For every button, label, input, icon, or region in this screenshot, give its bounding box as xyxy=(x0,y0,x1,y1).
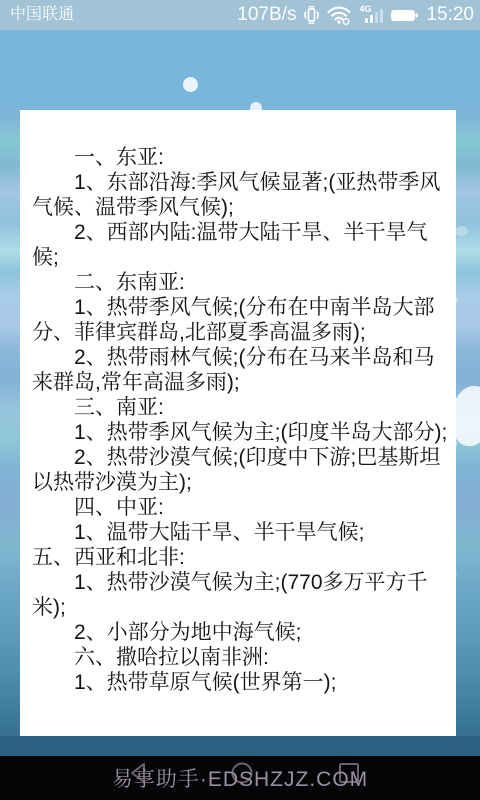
status-bar-right: 107B/s 4G 15:20 xyxy=(237,0,474,30)
note-paragraph: 四、中亚: xyxy=(32,495,448,520)
battery-icon xyxy=(390,7,419,24)
note-paragraph: 1、热带季风气候为主;(印度半岛大部分); xyxy=(32,420,448,445)
wifi-icon xyxy=(327,5,351,25)
note-paragraph: 1、温带大陆干旱、半干旱气候; xyxy=(32,520,448,545)
vibrate-icon xyxy=(303,6,320,24)
network-speed-label: 107B/s xyxy=(237,4,296,26)
back-button[interactable] xyxy=(130,762,146,784)
status-bar: 中国联通 107B/s 4G xyxy=(0,0,480,30)
clock-label: 15:20 xyxy=(426,4,474,26)
recents-button[interactable] xyxy=(338,762,360,784)
app-header xyxy=(0,30,480,104)
signal-strength-icon: 4G xyxy=(358,5,383,25)
phone-screen: 中国联通 107B/s 4G xyxy=(0,0,480,800)
note-paragraph: 二、东南亚: xyxy=(32,270,448,295)
note-paragraph: 1、热带草原气候(世界第一); xyxy=(32,670,448,695)
note-paragraph: 三、南亚: xyxy=(32,395,448,420)
app-bottom-bar xyxy=(0,736,480,756)
carrier-label: 中国联通 xyxy=(10,0,74,30)
home-button[interactable] xyxy=(231,762,253,784)
bubble-dot xyxy=(455,226,468,236)
note-paragraph: 六、撒哈拉以南非洲: xyxy=(32,645,448,670)
note-paragraph: 1、东部沿海:季风气候显著;(亚热带季风气候、温带季风气候); xyxy=(32,170,448,220)
note-paragraph: 一、东亚: xyxy=(32,145,448,170)
bubble-dot xyxy=(183,77,198,92)
note-paragraph: 2、热带雨林气候;(分布在马来半岛和马来群岛,常年高温多雨); xyxy=(32,345,448,395)
note-paragraph: 2、热带沙漠气候;(印度中下游;巴基斯坦以热带沙漠为主); xyxy=(32,445,448,495)
note-paragraph: 2、小部分为地中海气候; xyxy=(32,620,448,645)
note-card[interactable]: 一、东亚: 1、东部沿海:季风气候显著;(亚热带季风气候、温带季风气候); 2、… xyxy=(20,110,456,737)
note-paragraph: 五、西亚和北非: xyxy=(32,545,448,570)
note-paragraph: 2、西部内陆:温带大陆干旱、半干旱气候; xyxy=(32,220,448,270)
note-paragraph: 1、热带沙漠气候为主;(770多万平方千米); xyxy=(32,570,448,620)
note-paragraph: 1、热带季风气候;(分布在中南半岛大部分、菲律宾群岛,北部夏季高温多雨); xyxy=(32,295,448,345)
